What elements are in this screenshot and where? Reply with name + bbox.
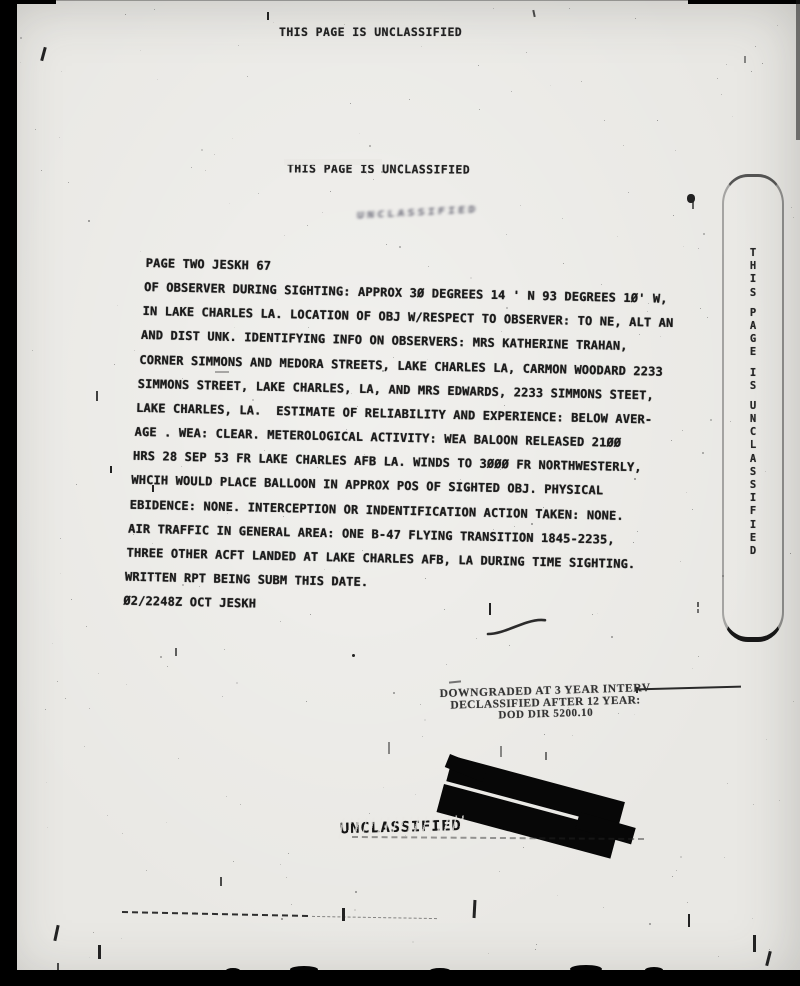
scanned-document-page: THIS PAGE IS UNCLASSIFIED THIS PAGE IS U… [0,0,800,986]
scan-edge-bottom [0,970,800,986]
side-letter: U [750,400,756,413]
scratch-mark [110,466,112,473]
scratch-mark [753,935,756,952]
scratch-mark [692,202,694,209]
side-classification-vertical-text: THISPAGEISUNCLASSIFIED [744,247,762,558]
scratch-mark [96,391,98,401]
redaction-bars [430,740,690,870]
stamp-bracket-tick [636,687,638,693]
side-letter: N [750,413,756,426]
scratch-mark [215,371,229,373]
scratch-mark [220,877,222,886]
scratch-mark [532,10,535,17]
side-letter: E [750,346,756,359]
scratch-mark [388,742,390,754]
side-letter: E [750,532,756,545]
scratch-dashed-line [122,911,308,917]
scratch-mark [98,945,101,959]
telex-body-text: PAGE TWO JESKH 67OF OBSERVER DURING SIGH… [138,251,731,627]
scratch-mark [267,12,269,20]
side-letter: L [750,439,756,452]
scan-edge-top-line [0,0,800,1]
scratch-mark [545,752,547,760]
scratch-mark [697,602,699,607]
side-letter: S [750,287,756,300]
header-fade-artifact [284,159,382,165]
scratch-mark [500,746,502,757]
side-letter: S [750,466,756,479]
side-letter: H [750,260,756,273]
side-letter: I [750,273,756,286]
scratch-dashed-line-faint [312,916,437,919]
unclassified-stamp: UNCLASSIFIED [340,817,462,837]
scan-edge-left [0,0,17,975]
downgrade-stamp: DOWNGRADED AT 3 YEAR INTERV DECLASSIFIED… [438,682,654,723]
ink-dot [352,654,355,657]
side-letter: A [750,320,756,333]
side-letter: C [750,426,756,439]
scan-edge-right [796,0,800,140]
scratch-mark [40,47,47,61]
side-letter: G [750,333,756,346]
scratch-mark [765,951,772,966]
side-letter: T [750,247,756,260]
side-letter: S [750,479,756,492]
faded-unclassified-stamp: UNCLASSIFIED [357,203,479,221]
scratch-mark [744,56,746,63]
side-letter: F [750,505,756,518]
pen-swoosh-mark [480,598,560,643]
side-letter: D [750,545,756,558]
scratch-mark [473,900,477,918]
classification-header-top: THIS PAGE IS UNCLASSIFIED [279,25,462,39]
side-letter: P [750,307,756,320]
side-letter: I [750,367,756,380]
scratch-mark [449,680,461,683]
side-letter: S [750,380,756,393]
side-letter: I [750,492,756,505]
side-letter: I [750,519,756,532]
scratch-mark [152,485,154,492]
scratch-mark [53,925,59,941]
scratch-mark [342,908,345,921]
scratch-mark [697,609,699,613]
side-letter: A [750,453,756,466]
scratch-mark [688,914,690,927]
scratch-mark [175,648,177,656]
